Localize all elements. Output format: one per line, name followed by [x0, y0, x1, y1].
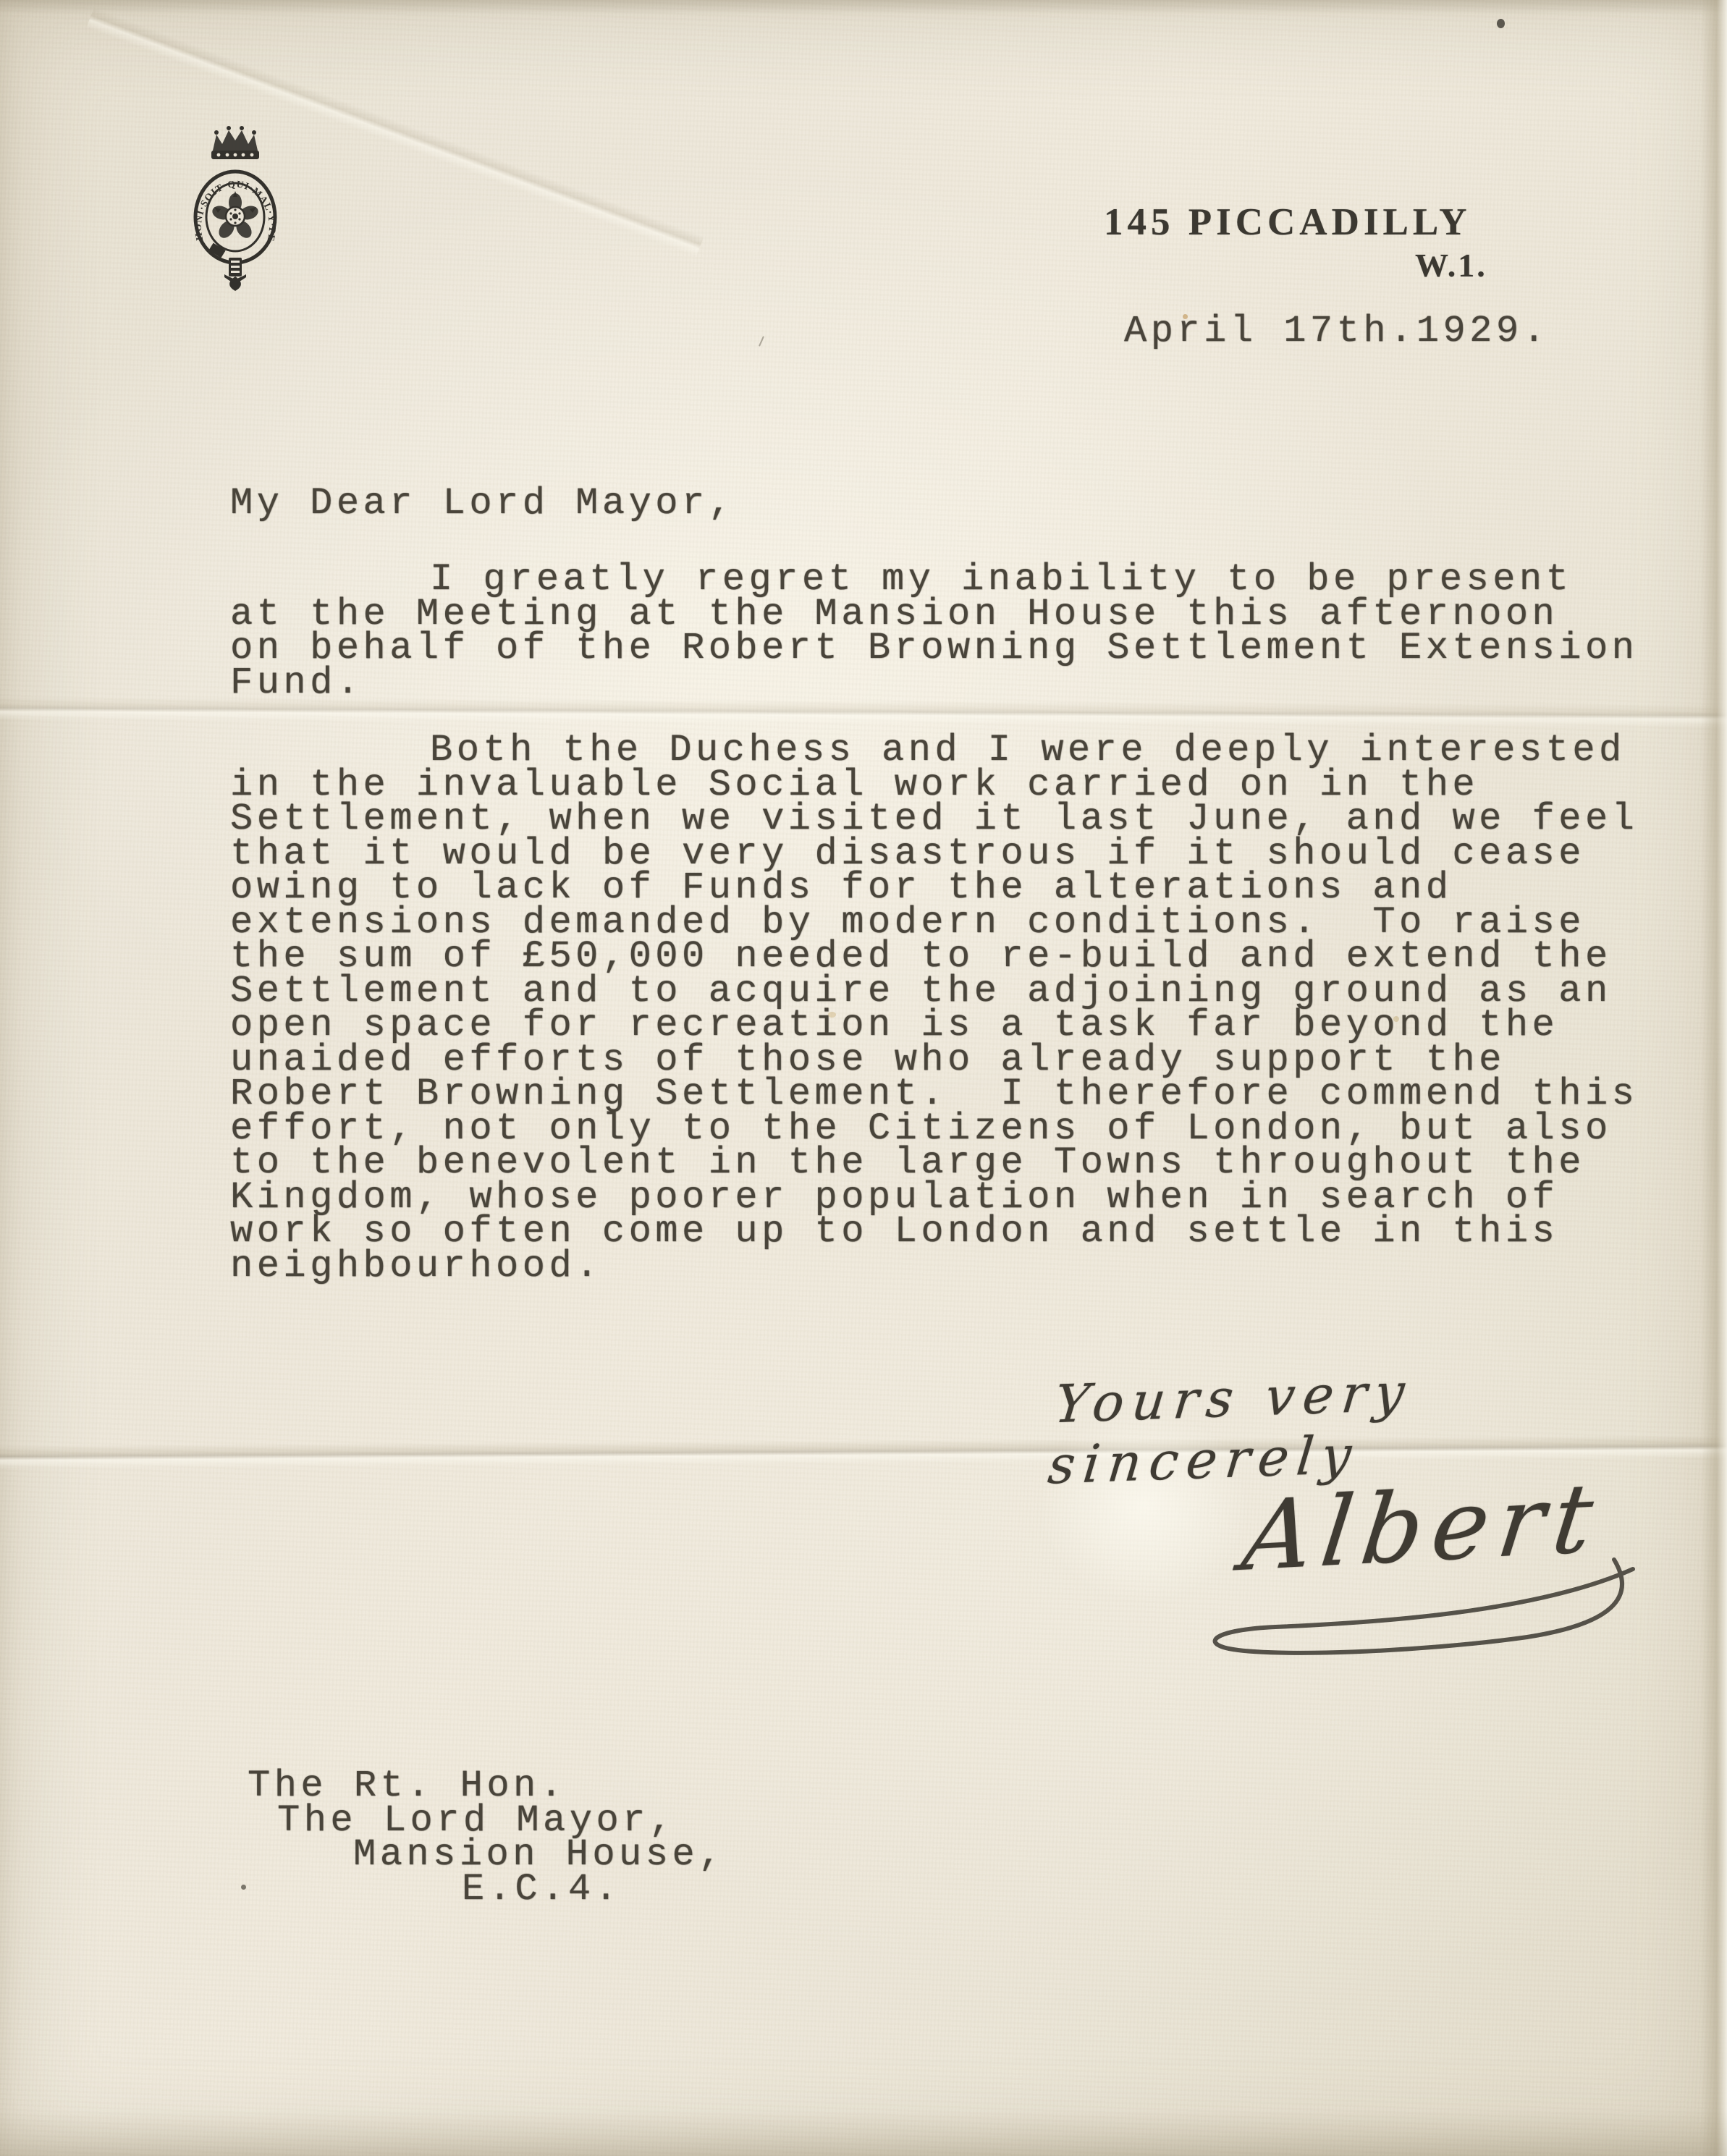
typewritten-line: Both the Duchess and I were deeply inter…	[230, 733, 1638, 768]
paragraph-2: Both the Duchess and I were deeply inter…	[230, 733, 1638, 1283]
typewritten-line: at the Meeting at the Mansion House this…	[230, 597, 1638, 632]
typewritten-line: Kingdom, whose poorer population when in…	[230, 1180, 1638, 1215]
date-line: April 17th.1929.	[1124, 314, 1549, 349]
typewritten-line: Robert Browning Settlement. I therefore …	[230, 1077, 1638, 1112]
recipient-line: E.C.4.	[248, 1872, 725, 1907]
paragraph-1: I greatly regret my inability to be pres…	[230, 562, 1638, 700]
typewritten-line: in the invaluable Social work carried on…	[230, 768, 1638, 803]
recipient-address: The Rt. Hon. The Lord Mayor, Mansion Hou…	[248, 1769, 725, 1906]
typewritten-line: open space for recreation is a task far …	[230, 1008, 1638, 1043]
recipient-line: The Lord Mayor,	[248, 1804, 725, 1838]
typewritten-line: work so often come up to London and sett…	[230, 1214, 1638, 1249]
ink-speck	[241, 1885, 246, 1890]
typewritten-line: Settlement and to acquire the adjoining …	[230, 974, 1638, 1009]
letterhead-district: W.1.	[1415, 248, 1487, 284]
typewritten-line: the sum of £50,000 needed to re-build an…	[230, 939, 1638, 974]
typewritten-line: Fund.	[230, 666, 1638, 701]
crest-rose	[211, 191, 260, 241]
letterhead-address: 145 PICCADILLY	[1104, 201, 1471, 243]
typewritten-line: to the benevolent in the large Towns thr…	[230, 1146, 1638, 1180]
recipient-line: Mansion House,	[248, 1838, 725, 1872]
typewritten-line: that it would be very disastrous if it s…	[230, 837, 1638, 871]
paper-edge-bottom	[0, 2110, 1727, 2156]
typewritten-line: Settlement, when we visited it last June…	[230, 802, 1638, 837]
typewritten-line: on behalf of the Robert Browning Settlem…	[230, 631, 1638, 666]
paper-edge-top	[0, 0, 1727, 14]
paper-edge-right	[1701, 0, 1727, 2156]
typewritten-line: extensions demanded by modern conditions…	[230, 905, 1638, 940]
recipient-line: The Rt. Hon.	[248, 1769, 725, 1804]
typewritten-line: effort, not only to the Citizens of Lond…	[230, 1112, 1638, 1146]
typewritten-line: owing to lack of Funds for the alteratio…	[230, 871, 1638, 905]
paper-fiber	[759, 336, 764, 347]
salutation: My Dear Lord Mayor,	[230, 486, 735, 521]
letter-page: HONI·SOIT·QUI·MAL·Y·PENSE	[0, 0, 1727, 2156]
paper-crease-diagonal	[86, 7, 704, 257]
typewritten-line: unaided efforts of those who already sup…	[230, 1043, 1638, 1078]
signature-flourish-icon	[1187, 1549, 1679, 1679]
ink-speck	[1497, 19, 1505, 28]
typewritten-line: neighbourhood.	[230, 1249, 1638, 1284]
royal-garter-crest-icon: HONI·SOIT·QUI·MAL·Y·PENSE	[181, 122, 290, 292]
typewritten-line: I greatly regret my inability to be pres…	[230, 562, 1638, 597]
